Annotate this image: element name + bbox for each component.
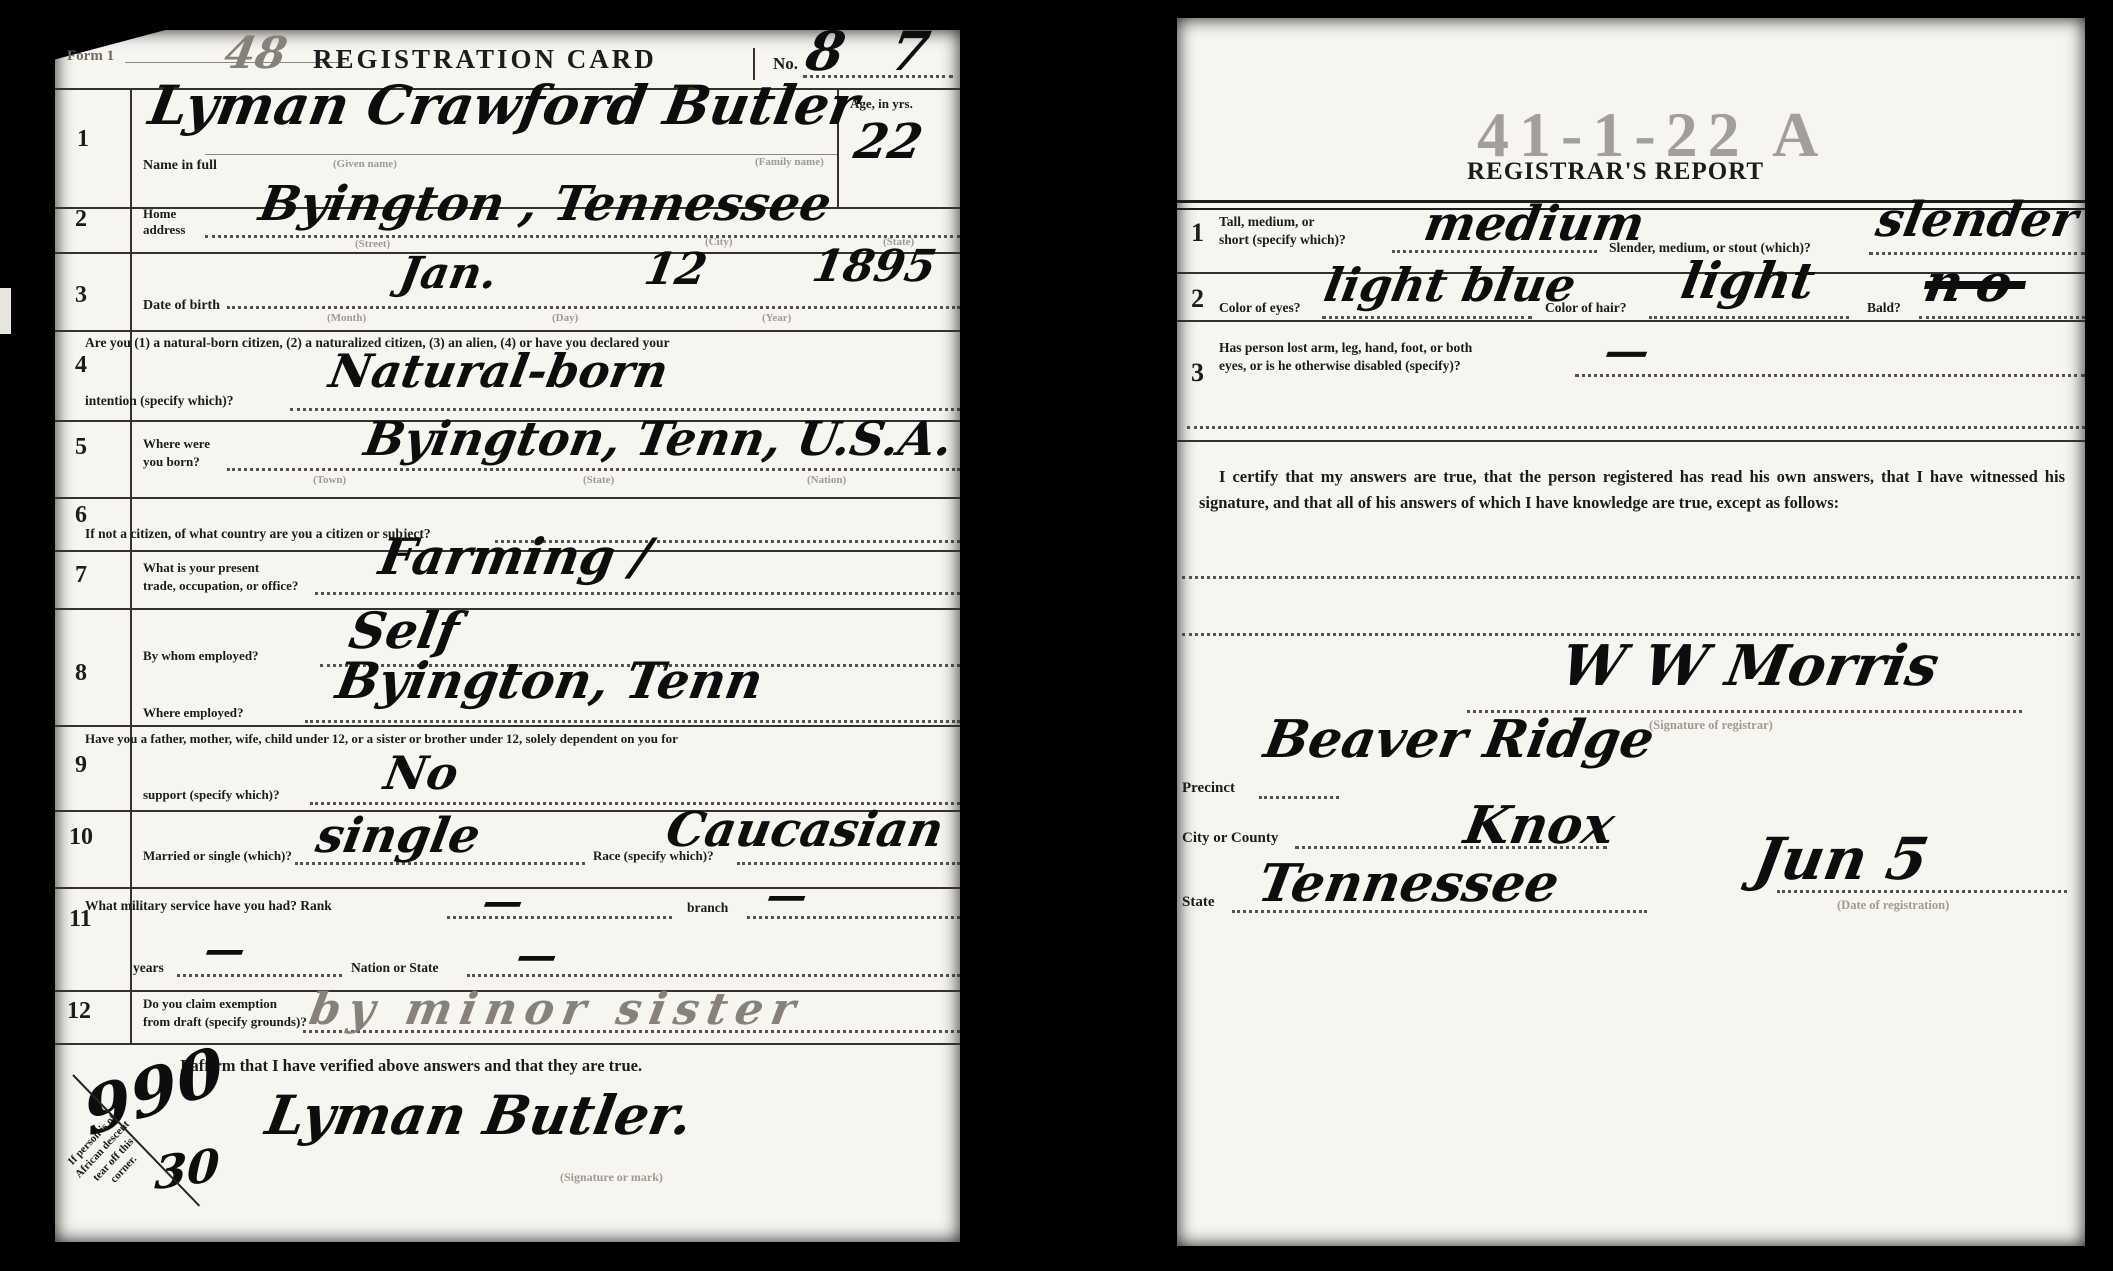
precinct-label: Precinct [1182,780,1235,797]
field-8-number: 8 [75,660,87,687]
name-answer-line [205,154,837,155]
front-title: REGISTRATION CARD [313,44,657,75]
disability-question-line2: eyes, or is he otherwise disabled (speci… [1219,358,1461,374]
state-value-handwritten: Tennessee [1254,858,1562,910]
exemption-value-handwritten: by minor sister [306,988,806,1032]
bald-answer-line [1919,316,2085,319]
report-1-label-line2: short (specify which)? [1219,232,1346,248]
hair-answer-line [1649,316,1849,319]
no-value-handwritten: 8 7 [802,24,947,78]
field-2-label-line2: address [143,222,185,238]
dependents-value-handwritten: No [381,750,462,796]
form-number-handwritten: 48 [221,32,290,76]
field-6-number: 6 [75,502,87,529]
born-answer-line [227,468,960,471]
form-label: Form 1 [67,48,114,65]
field-8-label-employer: By whom employed? [143,648,259,664]
dob-month-handwritten: Jan. [396,252,500,296]
field-11-label-years: years [133,960,164,976]
dob-year-handwritten: 1895 [809,245,939,289]
town-sublabel: (Town) [313,474,346,486]
eyes-label: Color of eyes? [1219,300,1300,316]
citizenship-value-handwritten: Natural-born [326,348,672,394]
given-name-sublabel: (Given name) [333,158,397,170]
where-employed-value-handwritten: Byington, Tenn [333,656,767,706]
years-answer-line [177,974,342,977]
field-7-label-line2: trade, occupation, or office? [143,578,298,594]
branch-dash-handwritten: — [763,876,810,916]
report-2-number: 2 [1191,284,1204,314]
hair-value-handwritten: light [1678,256,1819,306]
field-12-label-line1: Do you claim exemption [143,996,277,1012]
dob-day-handwritten: 12 [641,248,710,292]
affirmation-text: I affirm that I have verified above answ… [180,1056,642,1076]
report-1-number: 1 [1191,218,1204,248]
field-11-question-rank: What military service have you had? Rank [85,898,332,914]
state-label: State [1182,894,1215,911]
name-value-handwritten: Lyman Crawford Butler [145,78,862,132]
trade-value-handwritten: Farming / [376,532,655,582]
field-1-label: Name in full [143,158,217,174]
family-name-sublabel: (Family name) [755,156,824,168]
signature-or-mark-sublabel: (Signature or mark) [560,1170,663,1185]
field-9-question-line2: support (specify which)? [143,787,280,803]
registration-date-handwritten: Jun 5 [1750,830,1933,888]
field-10-number: 10 [69,824,93,851]
hair-label: Color of hair? [1545,300,1627,316]
report-row2-rule [1177,320,2085,322]
dob-answer-line [227,306,960,309]
field-11-label-nation: Nation or State [351,960,439,976]
field-5-number: 5 [75,434,87,461]
registrant-signature-handwritten: Lyman Butler. [262,1088,696,1142]
race-value-handwritten: Caucasian [663,806,947,854]
registrar-signature-handwritten: W W Morris [1557,638,1943,694]
address-value-handwritten: Byington , Tennessee [256,180,835,228]
report-3-number: 3 [1191,358,1204,388]
field-3-number: 3 [75,282,87,309]
eyes-answer-line [1322,316,1532,319]
precinct-answer-line [1259,796,1339,799]
age-label: Age, in yrs. [850,96,913,112]
eyes-value-handwritten: light blue [1321,262,1579,308]
nation-sublabel: (Nation) [807,474,846,486]
exceptions-line1 [1182,576,2080,579]
race-answer-line [737,862,960,865]
field-9-question-line1: Have you a father, mother, wife, child u… [85,731,678,747]
address-answer-line [205,235,960,238]
month-sublabel: (Month) [327,312,366,324]
field-10-label-married: Married or single (which)? [143,848,292,864]
precinct-value-handwritten: Beaver Ridge [1260,714,1657,766]
row3-bottom-rule [55,330,960,332]
county-label: City or County [1182,830,1278,847]
years-dash-handwritten: — [201,930,248,970]
row5-bottom-rule [55,497,960,499]
report-row3-rule [1177,440,2085,442]
report-1-label-line1: Tall, medium, or [1219,214,1315,230]
registration-date-line [1777,890,2067,893]
disability-answer-line1 [1575,374,2085,377]
field-6-question: If not a citizen, of what country are yo… [85,526,431,542]
born-value-handwritten: Byington, Tenn, U.S.A. [361,416,956,463]
field-7-number: 7 [75,562,87,589]
rank-dash-handwritten: — [479,882,526,922]
disability-answer-line2 [1187,426,2085,429]
field-2-label-line1: Home [143,206,176,222]
citizenship-answer-line [290,408,960,411]
age-value-handwritten: 22 [851,118,926,166]
signature-of-registrar-sublabel: (Signature of registrar) [1649,718,1773,733]
born-state-sublabel: (State) [583,474,614,486]
scanned-draft-card-image: Form 1 48 REGISTRATION CARD No. 8 7 Age,… [0,0,2113,1271]
field-1-number: 1 [77,126,89,153]
day-sublabel: (Day) [552,312,578,324]
where-employed-answer-line [305,720,960,723]
field-4-question-line2: intention (specify which)? [85,393,234,409]
row8-bottom-rule [55,725,960,727]
no-label: No. [773,54,798,74]
date-of-registration-sublabel: (Date of registration) [1837,898,1949,913]
field-2-number: 2 [75,206,87,233]
street-sublabel: (Street) [355,238,390,250]
registrars-report-back: 41-1-22 A REGISTRAR'S REPORT 1 Tall, med… [1177,18,2085,1246]
registration-card-front: Form 1 48 REGISTRATION CARD No. 8 7 Age,… [55,30,960,1242]
disability-question-line1: Has person lost arm, leg, hand, foot, or… [1219,340,1472,356]
scan-artifact [0,288,11,334]
bald-label: Bald? [1867,300,1901,316]
field-12-number: 12 [67,998,91,1025]
year-sublabel: (Year) [762,312,791,324]
field-4-number: 4 [75,352,87,379]
field-11-label-branch: branch [687,900,728,916]
field-5-label-line2: you born? [143,454,200,470]
nation-dash-handwritten: — [513,936,560,976]
field-3-label: Date of birth [143,298,220,314]
married-value-handwritten: single [313,812,484,860]
bald-value-scribble: no [1920,258,2030,310]
field-8-label-where: Where employed? [143,705,244,721]
build-value-handwritten: slender [1873,196,2082,244]
field-5-label-line1: Where were [143,436,210,452]
row7-bottom-rule [55,608,960,610]
county-value-handwritten: Knox [1460,800,1618,852]
trade-answer-line [315,592,960,595]
disability-dash-handwritten: — [1601,330,1651,374]
employer-value-handwritten: Self [346,606,463,656]
certification-paragraph: I certify that my answers are true, that… [1199,464,2065,517]
field-9-number: 9 [75,752,87,779]
back-title: REGISTRAR'S REPORT [1467,158,1764,186]
field-7-label-line1: What is your present [143,560,259,576]
field-12-label-line2: from draft (specify grounds)? [143,1014,307,1030]
